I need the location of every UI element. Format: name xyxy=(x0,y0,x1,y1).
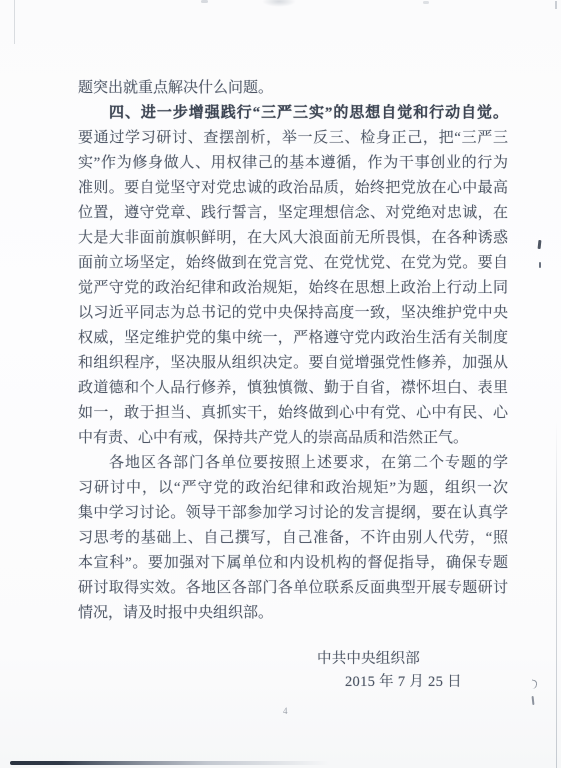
scan-artifact-right-top-tick xyxy=(555,1,557,9)
document-line: 题突出就重点解决什么问题。 xyxy=(78,76,508,101)
document-line: 如一，敢于担当、真抓实干，始终做到心中有党、心中有民、心 xyxy=(78,401,508,426)
scan-artifact-right-edge-line xyxy=(556,420,557,768)
document-page: 题突出就重点解决什么问题。四、进一步增强践行“三严三实”的思想自觉和行动自觉。要… xyxy=(0,0,561,768)
scan-artifact-right-mark xyxy=(538,240,542,249)
document-line: 研讨取得实效。各地区各部门各单位联系反面典型开展专题研讨 xyxy=(78,576,508,601)
page-number: 4 xyxy=(283,706,288,716)
document-line: 位置，遵守党章、践行誓言，坚定理想信念、对党绝对忠诚，在 xyxy=(78,201,508,226)
document-line: 集中学习讨论。领导干部参加学习讨论的发言提纲，要在认真学 xyxy=(78,501,508,526)
signature-org: 中共中央组织部 xyxy=(317,647,420,672)
document-line: 准则。要自觉坚守对党忠诚的政治品质，始终把党放在心中最高 xyxy=(78,176,508,201)
scan-artifact-top-dot xyxy=(201,0,208,3)
document-line: 政道德和个人品行修养，慎独慎微、勤于自省，襟怀坦白、表里 xyxy=(78,376,508,401)
document-line: 和组织程序，坚决服从组织决定。要自觉增强党性修养，加强从 xyxy=(78,351,508,376)
scan-artifact-right-mark xyxy=(530,679,538,689)
document-line: 觉严守党的政治纪律和政治规矩，始终在思想上政治上行动上同 xyxy=(78,276,508,301)
document-line: 实”作为修身做人、用权律己的基本遵循，作为干事创业的行为 xyxy=(78,151,508,176)
document-body: 题突出就重点解决什么问题。四、进一步增强践行“三严三实”的思想自觉和行动自觉。要… xyxy=(78,76,508,626)
document-line: 以习近平同志为总书记的党中央保持高度一致，坚决维护党中央 xyxy=(78,301,508,326)
signature-date: 2015 年 7 月 25 日 xyxy=(345,670,462,695)
document-line: 四、进一步增强践行“三严三实”的思想自觉和行动自觉。 xyxy=(78,101,508,126)
document-line: 权威，坚定维护党的集中统一，严格遵守党内政治生活有关制度 xyxy=(78,326,508,351)
document-line: 情况，请及时报中央组织部。 xyxy=(78,601,508,626)
document-line: 本宣科”。要加强对下属单位和内设机构的督促指导，确保专题 xyxy=(78,551,508,576)
scan-artifact-top-dot xyxy=(423,1,429,4)
scan-artifact-right-mark xyxy=(539,262,541,268)
scan-artifact-right-mark xyxy=(532,696,535,705)
document-line: 要通过学习研讨、查摆剖析，举一反三、检身正己，把“三严三 xyxy=(78,126,508,151)
document-lines: 题突出就重点解决什么问题。四、进一步增强践行“三严三实”的思想自觉和行动自觉。要… xyxy=(78,76,508,626)
document-line: 大是大非面前旗帜鲜明，在大风大浪面前无所畏惧，在各种诱惑 xyxy=(78,226,508,251)
scan-artifact-bottom-shadow xyxy=(10,761,330,765)
scan-artifact-top-smudge xyxy=(262,0,296,7)
document-line: 习思考的基础上、自己撰写，自己准备，不许由别人代劳，“照 xyxy=(78,526,508,551)
document-line: 各地区各部门各单位要按照上述要求，在第二个专题的学 xyxy=(78,451,508,476)
document-line: 面前立场坚定，始终做到在党言党、在党忧党、在党为党。要自 xyxy=(78,251,508,276)
scan-artifact-left-edge-line xyxy=(14,0,15,44)
document-line: 习研讨中，以“严守党的政治纪律和政治规矩”为题，组织一次 xyxy=(78,476,508,501)
document-line: 中有责、心中有戒，保持共产党人的崇高品质和浩然正气。 xyxy=(78,426,508,451)
